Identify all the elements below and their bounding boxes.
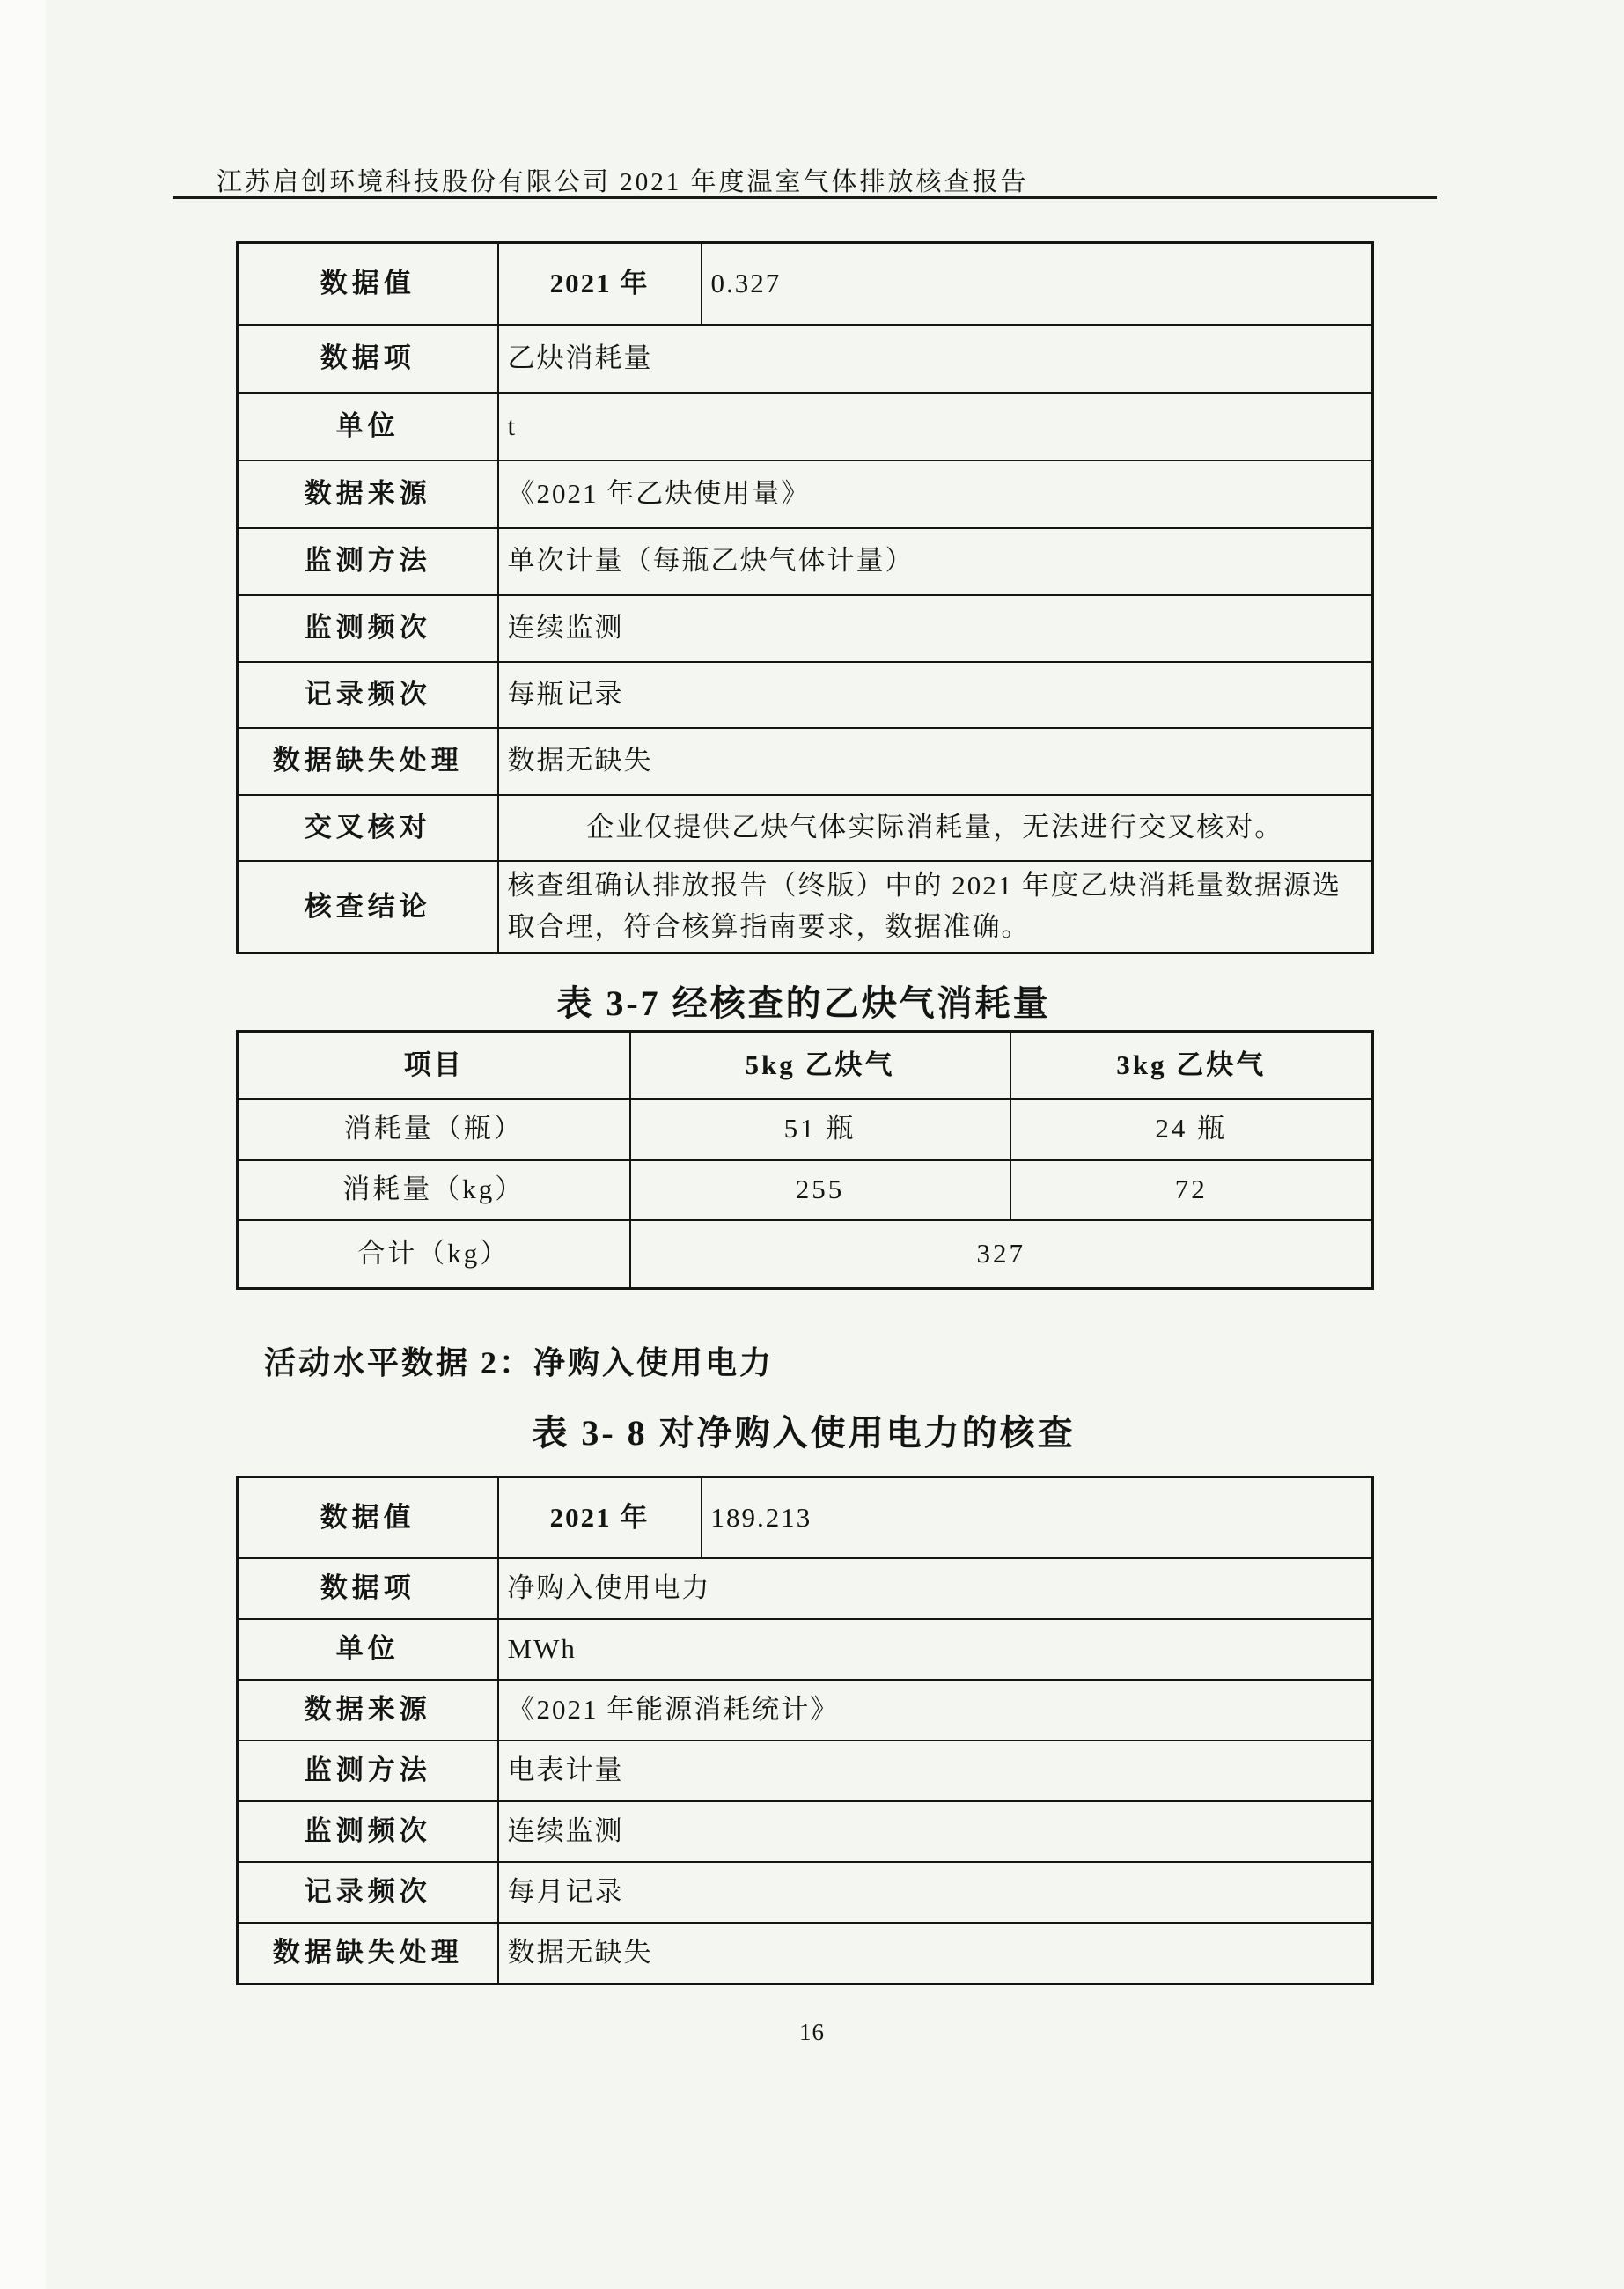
electricity-verification-table: 数据值 2021 年 189.213 数据项 净购入使用电力 单位 MWh 数据… <box>236 1476 1374 1985</box>
row-label-cell: 监测频次 <box>238 595 498 662</box>
table-row: 单位 MWh <box>238 1619 1373 1680</box>
header-rule <box>173 196 1437 199</box>
value-cell: 核查组确认排放报告（终版）中的 2021 年度乙炔消耗量数据源选取合理，符合核算… <box>498 861 1373 953</box>
table-row: 数据缺失处理 数据无缺失 <box>238 728 1373 795</box>
row-label-cell: 数据项 <box>238 325 498 393</box>
col-header-item: 项目 <box>238 1032 630 1099</box>
row-label-cell: 监测方法 <box>238 1741 498 1801</box>
report-header-title: 江苏启创环境科技股份有限公司 2021 年度温室气体排放核查报告 <box>217 162 1029 198</box>
row-label-cell: 监测频次 <box>238 1801 498 1862</box>
section-heading-activity-data-2: 活动水平数据 2：净购入使用电力 <box>264 1338 774 1383</box>
row-label-cell: 消耗量（kg） <box>238 1160 630 1220</box>
table-header-row: 项目 5kg 乙炔气 3kg 乙炔气 <box>238 1032 1373 1099</box>
value-cell: 0.327 <box>702 243 1373 325</box>
value-cell: 连续监测 <box>498 1801 1373 1862</box>
value-cell-5kg: 51 瓶 <box>630 1099 1010 1160</box>
value-cell: 每瓶记录 <box>498 662 1373 728</box>
acetylene-verification-table: 数据值 2021 年 0.327 数据项 乙炔消耗量 单位 t 数据来源 《20… <box>236 241 1374 954</box>
table-row: 核查结论 核查组确认排放报告（终版）中的 2021 年度乙炔消耗量数据源选取合理… <box>238 861 1373 953</box>
year-cell: 2021 年 <box>498 1477 702 1558</box>
row-label-cell: 记录频次 <box>238 1862 498 1923</box>
year-cell: 2021 年 <box>498 243 702 325</box>
value-cell: 《2021 年能源消耗统计》 <box>498 1680 1373 1741</box>
value-cell: 连续监测 <box>498 595 1373 662</box>
value-cell-3kg: 72 <box>1010 1160 1373 1220</box>
row-label-cell: 数据来源 <box>238 1680 498 1741</box>
value-cell: 乙炔消耗量 <box>498 325 1373 393</box>
value-cell: 电表计量 <box>498 1741 1373 1801</box>
scanner-edge-strip <box>0 0 46 2289</box>
table-row: 数据项 乙炔消耗量 <box>238 325 1373 393</box>
table-total-row: 合计（kg） 327 <box>238 1220 1373 1289</box>
table-row: 消耗量（kg） 255 72 <box>238 1160 1373 1220</box>
value-cell: 数据无缺失 <box>498 1923 1373 1984</box>
row-label-cell: 数据项 <box>238 1558 498 1619</box>
row-label-cell: 单位 <box>238 1619 498 1680</box>
row-label-cell: 数据缺失处理 <box>238 1923 498 1984</box>
col-header-3kg: 3kg 乙炔气 <box>1010 1032 1373 1099</box>
row-label-cell: 记录频次 <box>238 662 498 728</box>
table-row: 交叉核对 企业仅提供乙炔气体实际消耗量，无法进行交叉核对。 <box>238 795 1373 861</box>
table-row: 数据值 2021 年 189.213 <box>238 1477 1373 1558</box>
table-row: 数据来源 《2021 年乙炔使用量》 <box>238 460 1373 528</box>
row-label-cell: 消耗量（瓶） <box>238 1099 630 1160</box>
value-cell: 《2021 年乙炔使用量》 <box>498 460 1373 528</box>
col-header-5kg: 5kg 乙炔气 <box>630 1032 1010 1099</box>
value-cell: 每月记录 <box>498 1862 1373 1923</box>
table-row: 消耗量（瓶） 51 瓶 24 瓶 <box>238 1099 1373 1160</box>
table-row: 数据缺失处理 数据无缺失 <box>238 1923 1373 1984</box>
total-value-cell: 327 <box>630 1220 1373 1289</box>
value-cell: 净购入使用电力 <box>498 1558 1373 1619</box>
row-label-cell: 数据来源 <box>238 460 498 528</box>
table-row: 数据项 净购入使用电力 <box>238 1558 1373 1619</box>
total-label-cell: 合计（kg） <box>238 1220 630 1289</box>
table-row: 监测频次 连续监测 <box>238 595 1373 662</box>
value-cell: 189.213 <box>702 1477 1373 1558</box>
row-label-cell: 核查结论 <box>238 861 498 953</box>
value-cell: 单次计量（每瓶乙炔气体计量） <box>498 528 1373 595</box>
value-cell-3kg: 24 瓶 <box>1010 1099 1373 1160</box>
table-3-7-caption: 表 3-7 经核查的乙炔气消耗量 <box>236 975 1371 1026</box>
page-number: 16 <box>0 2019 1624 2046</box>
row-label-cell: 数据值 <box>238 243 498 325</box>
table-row: 记录频次 每瓶记录 <box>238 662 1373 728</box>
table-row: 单位 t <box>238 393 1373 460</box>
table-row: 监测方法 单次计量（每瓶乙炔气体计量） <box>238 528 1373 595</box>
value-cell: t <box>498 393 1373 460</box>
value-cell: 数据无缺失 <box>498 728 1373 795</box>
table-row: 监测频次 连续监测 <box>238 1801 1373 1862</box>
row-label-cell: 单位 <box>238 393 498 460</box>
value-cell-5kg: 255 <box>630 1160 1010 1220</box>
value-cell: 企业仅提供乙炔气体实际消耗量，无法进行交叉核对。 <box>498 795 1373 861</box>
value-cell: MWh <box>498 1619 1373 1680</box>
row-label-cell: 数据值 <box>238 1477 498 1558</box>
table-row: 记录频次 每月记录 <box>238 1862 1373 1923</box>
row-label-cell: 数据缺失处理 <box>238 728 498 795</box>
acetylene-summary-table: 项目 5kg 乙炔气 3kg 乙炔气 消耗量（瓶） 51 瓶 24 瓶 消耗量（… <box>236 1030 1374 1290</box>
table-3-8-caption: 表 3- 8 对净购入使用电力的核查 <box>236 1405 1371 1455</box>
table-row: 数据来源 《2021 年能源消耗统计》 <box>238 1680 1373 1741</box>
scanned-report-page: 江苏启创环境科技股份有限公司 2021 年度温室气体排放核查报告 数据值 202… <box>0 0 1624 2289</box>
table-row: 监测方法 电表计量 <box>238 1741 1373 1801</box>
table-row: 数据值 2021 年 0.327 <box>238 243 1373 325</box>
row-label-cell: 监测方法 <box>238 528 498 595</box>
row-label-cell: 交叉核对 <box>238 795 498 861</box>
